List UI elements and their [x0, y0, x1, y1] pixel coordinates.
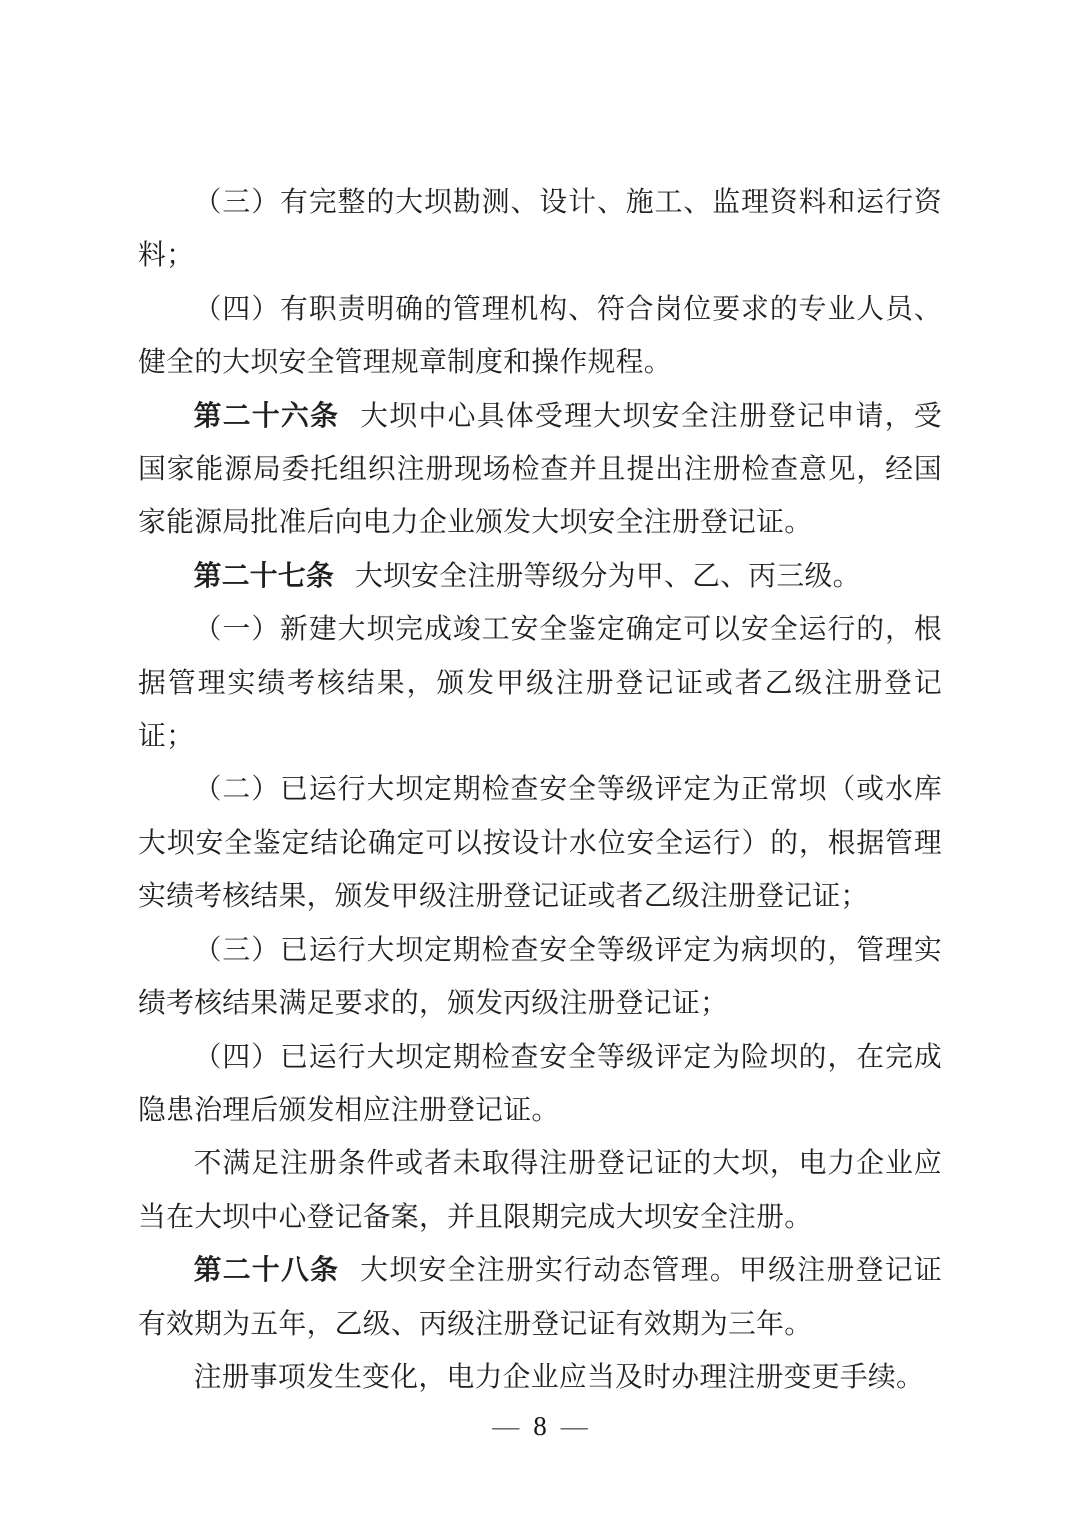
paragraph-article-27: 第二十七条大坝安全注册等级分为甲、乙、丙三级。: [138, 550, 942, 603]
paragraph-item-3: （三）有完整的大坝勘测、设计、施工、监理资料和运行资料；: [138, 176, 942, 283]
paragraph-article-28: 第二十八条大坝安全注册实行动态管理。甲级注册登记证有效期为五年，乙级、丙级注册登…: [138, 1244, 942, 1351]
paragraph-text: （二）已运行大坝定期检查安全等级评定为正常坝（或水库大坝安全鉴定结论确定可以按设…: [138, 774, 942, 912]
paragraph-text: （四）有职责明确的管理机构、符合岗位要求的专业人员、健全的大坝安全管理规章制度和…: [138, 294, 942, 378]
footer-dash-right: —: [547, 1411, 602, 1441]
paragraph-text: 大坝安全注册等级分为甲、乙、丙三级。: [355, 561, 861, 592]
document-page: （三）有完整的大坝勘测、设计、施工、监理资料和运行资料； （四）有职责明确的管理…: [0, 0, 1080, 1527]
paragraph-article-26: 第二十六条大坝中心具体受理大坝安全注册登记申请，受国家能源局委托组织注册现场检查…: [138, 390, 942, 550]
paragraph-plain: 不满足注册条件或者未取得注册登记证的大坝，电力企业应当在大坝中心登记备案，并且限…: [138, 1137, 942, 1244]
paragraph-item-4: （四）有职责明确的管理机构、符合岗位要求的专业人员、健全的大坝安全管理规章制度和…: [138, 283, 942, 390]
paragraph-text: （三）已运行大坝定期检查安全等级评定为病坝的，管理实绩考核结果满足要求的，颁发丙…: [138, 935, 942, 1019]
page-footer: —8—: [0, 1406, 1080, 1446]
article-number: 第二十六条: [194, 401, 340, 432]
paragraph-text: （四）已运行大坝定期检查安全等级评定为险坝的，在完成隐患治理后颁发相应注册登记证…: [138, 1042, 942, 1126]
article-number: 第二十七条: [194, 561, 335, 592]
paragraph-text: 不满足注册条件或者未取得注册登记证的大坝，电力企业应当在大坝中心登记备案，并且限…: [138, 1148, 942, 1232]
paragraph-item-2: （二）已运行大坝定期检查安全等级评定为正常坝（或水库大坝安全鉴定结论确定可以按设…: [138, 763, 942, 923]
document-body: （三）有完整的大坝勘测、设计、施工、监理资料和运行资料； （四）有职责明确的管理…: [138, 176, 942, 1404]
page-number: 8: [533, 1411, 547, 1441]
paragraph-item-4b: （四）已运行大坝定期检查安全等级评定为险坝的，在完成隐患治理后颁发相应注册登记证…: [138, 1031, 942, 1138]
paragraph-text: （一）新建大坝完成竣工安全鉴定确定可以安全运行的，根据管理实绩考核结果，颁发甲级…: [138, 614, 942, 752]
paragraph-plain: 注册事项发生变化，电力企业应当及时办理注册变更手续。: [138, 1351, 942, 1404]
article-number: 第二十八条: [194, 1255, 340, 1286]
footer-dash-left: —: [478, 1411, 533, 1441]
paragraph-item-1: （一）新建大坝完成竣工安全鉴定确定可以安全运行的，根据管理实绩考核结果，颁发甲级…: [138, 603, 942, 763]
paragraph-text: （三）有完整的大坝勘测、设计、施工、监理资料和运行资料；: [138, 187, 942, 271]
paragraph-text: 注册事项发生变化，电力企业应当及时办理注册变更手续。: [194, 1362, 925, 1393]
paragraph-item-3b: （三）已运行大坝定期检查安全等级评定为病坝的，管理实绩考核结果满足要求的，颁发丙…: [138, 924, 942, 1031]
